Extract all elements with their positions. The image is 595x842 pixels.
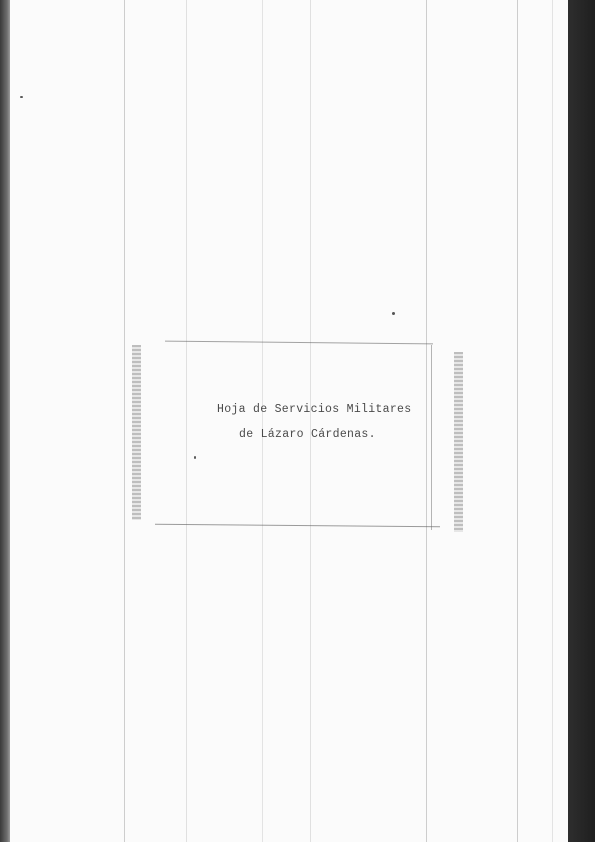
scan-streak bbox=[426, 0, 427, 842]
scan-speck bbox=[20, 96, 23, 98]
scan-edge-left bbox=[0, 0, 10, 842]
scan-streak bbox=[186, 0, 187, 842]
scan-streak bbox=[552, 0, 553, 842]
scan-streak bbox=[262, 0, 263, 842]
scan-smudge-right bbox=[454, 352, 463, 532]
scan-smudge-left bbox=[132, 345, 141, 520]
document-title-line-2: de Lázaro Cárdenas. bbox=[239, 428, 376, 441]
card-border-top bbox=[165, 341, 433, 345]
card-border-bottom bbox=[155, 524, 440, 527]
scan-speck bbox=[194, 456, 196, 459]
document-title-line-1: Hoja de Servicios Militares bbox=[217, 403, 411, 416]
card-border-right bbox=[431, 345, 432, 530]
scanned-page: Hoja de Servicios Militares de Lázaro Cá… bbox=[0, 0, 595, 842]
scan-edge-right bbox=[568, 0, 595, 842]
scan-streak bbox=[310, 0, 311, 842]
scan-streak bbox=[124, 0, 125, 842]
scan-streak bbox=[517, 0, 518, 842]
scan-speck bbox=[392, 312, 395, 315]
